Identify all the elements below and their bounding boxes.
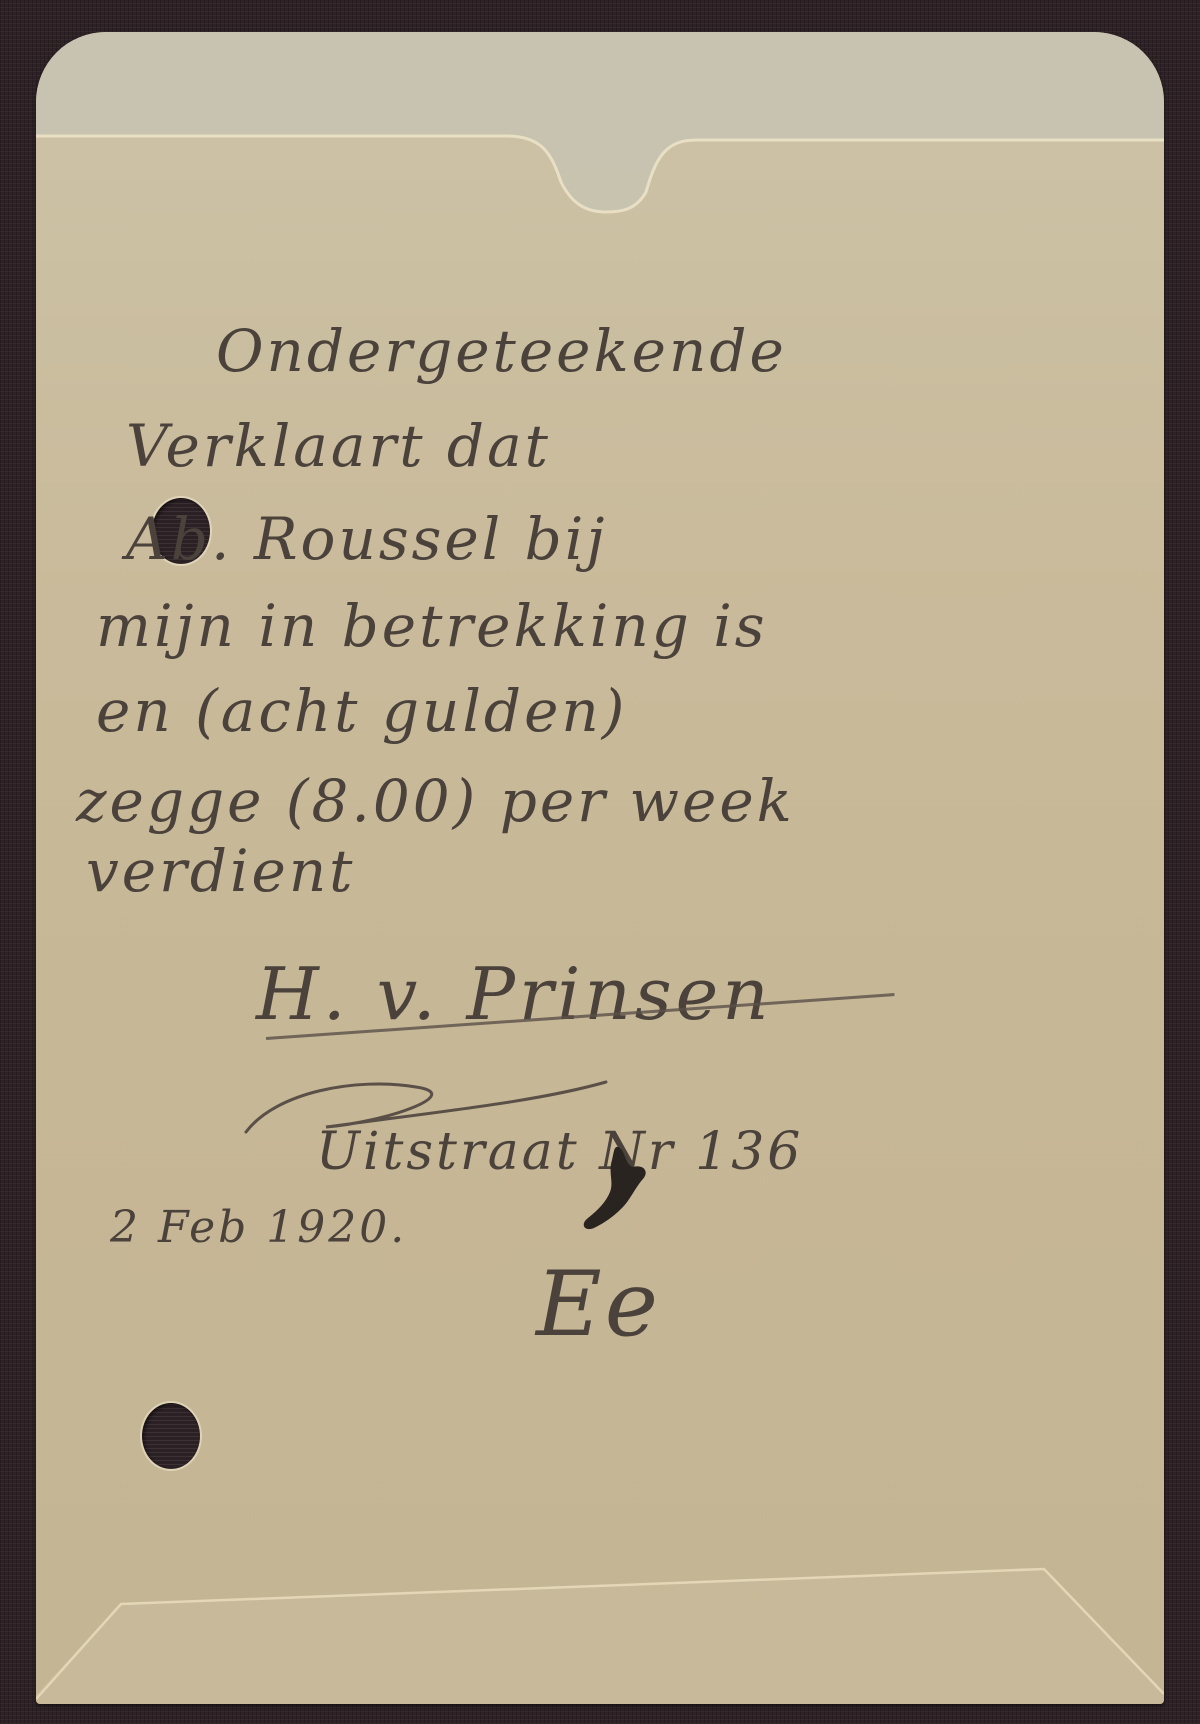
bottom-flap-shape (36, 1524, 1164, 1704)
ink-blot (578, 1142, 658, 1237)
envelope-bottom-flap (36, 1524, 1164, 1704)
body-line-6: zegge (8.00) per week (76, 772, 795, 830)
body-line-7: verdient (86, 842, 355, 900)
top-flap-shape (36, 32, 1164, 222)
body-line-3: Ab. Roussel bij (126, 510, 607, 568)
body-line-4: mijn in betrekking is (96, 597, 768, 655)
body-line-1: Ondergeteekende (216, 322, 787, 380)
signature: H. v. Prinsen (256, 952, 773, 1036)
address: Uitstraat Nr 136 (316, 1122, 803, 1182)
punch-hole-bottom (142, 1403, 200, 1469)
date: 2 Feb 1920. (110, 1202, 407, 1253)
initials: Ee (536, 1252, 661, 1357)
envelope: Ondergeteekende Verklaart dat Ab. Rousse… (36, 32, 1164, 1704)
body-line-5: en (acht gulden) (96, 682, 627, 740)
body-line-2: Verklaart dat (126, 417, 551, 475)
envelope-top-flap (36, 32, 1164, 222)
